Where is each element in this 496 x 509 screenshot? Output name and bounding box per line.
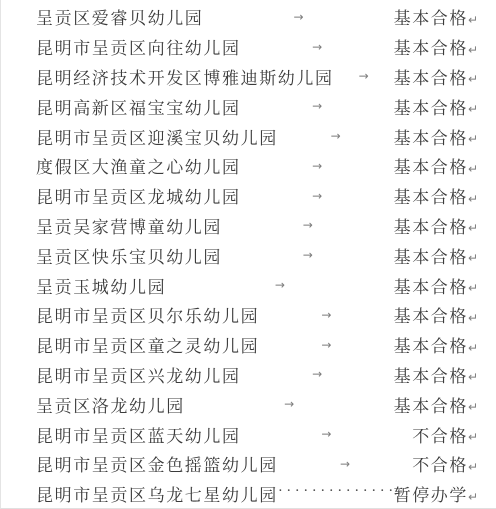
evaluation-result: 基本合格 [394, 183, 468, 208]
tab-arrow-icon: → [303, 248, 313, 262]
evaluation-result: 不合格 [412, 422, 468, 447]
kindergarten-name: 昆明市呈贡区兴龙幼儿园 [36, 362, 241, 387]
dot-leader: ················· [278, 484, 394, 499]
paragraph-mark-icon: ↵ [468, 251, 482, 265]
tab-arrow-icon: → [321, 427, 331, 441]
table-row: 昆明市呈贡区迎溪宝贝幼儿园 → 基本合格 ↵ [36, 121, 482, 151]
document-page: 呈贡区爱睿贝幼儿园 → 基本合格 ↵ 昆明市呈贡区向往幼儿园 → 基本合格 ↵ … [0, 0, 496, 509]
table-row: 昆明市呈贡区蓝天幼儿园 → 不合格 ↵ [36, 419, 482, 449]
paragraph-mark-icon: ↵ [468, 311, 482, 325]
table-row: 昆明市呈贡区兴龙幼儿园 → 基本合格 ↵ [36, 360, 482, 390]
table-row: 呈贡区快乐宝贝幼儿园 → 基本合格 ↵ [36, 240, 482, 270]
tab-arrow-icon: → [312, 367, 322, 381]
table-row: 呈贡区洛龙幼儿园 → 基本合格 ↵ [36, 389, 482, 419]
tab-gap: → [185, 395, 394, 413]
tab-arrow-icon: → [312, 189, 322, 203]
kindergarten-name: 昆明市呈贡区乌龙七星幼儿园 [36, 481, 278, 506]
table-row: 昆明经济技术开发区博雅迪斯幼儿园 → 基本合格 ↵ [36, 62, 482, 92]
tab-gap: → [241, 97, 394, 115]
evaluation-result: 基本合格 [394, 362, 468, 387]
kindergarten-name: 昆明市呈贡区蓝天幼儿园 [36, 422, 241, 447]
tab-arrow-icon: → [359, 69, 369, 83]
paragraph-mark-icon: ↵ [468, 341, 482, 355]
paragraph-mark-icon: ↵ [468, 460, 482, 474]
evaluation-result: 基本合格 [394, 4, 468, 29]
tab-gap: → [166, 276, 393, 294]
tab-gap: → [241, 365, 394, 383]
evaluation-result: 基本合格 [394, 153, 468, 178]
kindergarten-name: 度假区大渔童之心幼儿园 [36, 153, 241, 178]
kindergarten-result-list: 呈贡区爱睿贝幼儿园 → 基本合格 ↵ 昆明市呈贡区向往幼儿园 → 基本合格 ↵ … [36, 2, 482, 509]
table-row: 昆明市呈贡区金色摇篮幼儿园 → 不合格 ↵ [36, 449, 482, 479]
tab-gap: → [241, 38, 394, 56]
tab-arrow-icon: → [331, 129, 341, 143]
paragraph-mark-icon: ↵ [468, 72, 482, 86]
table-row: 度假区大渔童之心幼儿园 → 基本合格 ↵ [36, 151, 482, 181]
tab-gap: → [278, 455, 412, 473]
tab-gap: → [241, 425, 413, 443]
kindergarten-name: 昆明市呈贡区龙城幼儿园 [36, 183, 241, 208]
table-row: 昆明高新区福宝宝幼儿园 → 基本合格 ↵ [36, 91, 482, 121]
table-row: 昆明市呈贡区乌龙七星幼儿园 ················· 暂停办学 ↵ [36, 479, 482, 509]
tab-gap: → [259, 336, 393, 354]
evaluation-result: 暂停办学 [394, 481, 468, 506]
table-row: 昆明市呈贡区贝尔乐幼儿园 → 基本合格 ↵ [36, 300, 482, 330]
evaluation-result: 不合格 [412, 451, 468, 476]
table-row: 呈贡玉城幼儿园 → 基本合格 ↵ [36, 270, 482, 300]
evaluation-result: 基本合格 [394, 213, 468, 238]
tab-gap: → [222, 246, 394, 264]
tab-gap: → [334, 67, 394, 85]
tab-arrow-icon: → [312, 159, 322, 173]
tab-arrow-icon: → [293, 10, 303, 24]
table-row: 呈贡区爱睿贝幼儿园 → 基本合格 ↵ [36, 2, 482, 32]
paragraph-mark-icon: ↵ [468, 13, 482, 27]
tab-arrow-icon: → [340, 457, 350, 471]
evaluation-result: 基本合格 [394, 124, 468, 149]
tab-arrow-icon: → [321, 308, 331, 322]
table-row: 昆明市呈贡区向往幼儿园 → 基本合格 ↵ [36, 32, 482, 62]
tab-arrow-icon: → [303, 218, 313, 232]
paragraph-mark-icon: ↵ [468, 281, 482, 295]
table-row: 昆明市呈贡区童之灵幼儿园 → 基本合格 ↵ [36, 330, 482, 360]
kindergarten-name: 昆明市呈贡区迎溪宝贝幼儿园 [36, 124, 278, 149]
kindergarten-name: 呈贡玉城幼儿园 [36, 273, 166, 298]
evaluation-result: 基本合格 [394, 243, 468, 268]
kindergarten-name: 昆明市呈贡区童之灵幼儿园 [36, 332, 259, 357]
tab-gap: → [259, 306, 393, 324]
evaluation-result: 基本合格 [394, 94, 468, 119]
tab-gap: → [241, 157, 394, 175]
tab-arrow-icon: → [312, 99, 322, 113]
evaluation-result: 基本合格 [394, 332, 468, 357]
table-row: 昆明市呈贡区龙城幼儿园 → 基本合格 ↵ [36, 181, 482, 211]
paragraph-mark-icon: ↵ [468, 430, 482, 444]
paragraph-mark-icon: ↵ [468, 490, 482, 504]
tab-gap: → [278, 127, 394, 145]
paragraph-mark-icon: ↵ [468, 192, 482, 206]
kindergarten-name: 昆明经济技术开发区博雅迪斯幼儿园 [36, 64, 334, 89]
paragraph-mark-icon: ↵ [468, 43, 482, 57]
evaluation-result: 基本合格 [394, 392, 468, 417]
tab-gap: → [203, 8, 393, 26]
paragraph-mark-icon: ↵ [468, 400, 482, 414]
paragraph-mark-icon: ↵ [468, 370, 482, 384]
paragraph-mark-icon: ↵ [468, 132, 482, 146]
tab-arrow-icon: → [312, 40, 322, 54]
table-row: 呈贡吴家营博童幼儿园 → 基本合格 ↵ [36, 211, 482, 241]
kindergarten-name: 昆明市呈贡区向往幼儿园 [36, 34, 241, 59]
kindergarten-name: 昆明市呈贡区金色摇篮幼儿园 [36, 451, 278, 476]
evaluation-result: 基本合格 [394, 273, 468, 298]
paragraph-mark-icon: ↵ [468, 221, 482, 235]
kindergarten-name: 呈贡吴家营博童幼儿园 [36, 213, 222, 238]
tab-arrow-icon: → [284, 397, 294, 411]
evaluation-result: 基本合格 [394, 64, 468, 89]
tab-gap: → [222, 216, 394, 234]
evaluation-result: 基本合格 [394, 34, 468, 59]
evaluation-result: 基本合格 [394, 302, 468, 327]
kindergarten-name: 昆明市呈贡区贝尔乐幼儿园 [36, 302, 259, 327]
tab-gap: → [241, 187, 394, 205]
kindergarten-name: 呈贡区快乐宝贝幼儿园 [36, 243, 222, 268]
kindergarten-name: 昆明高新区福宝宝幼儿园 [36, 94, 241, 119]
kindergarten-name: 呈贡区爱睿贝幼儿园 [36, 4, 203, 29]
kindergarten-name: 呈贡区洛龙幼儿园 [36, 392, 185, 417]
paragraph-mark-icon: ↵ [468, 102, 482, 116]
tab-arrow-icon: → [275, 278, 285, 292]
paragraph-mark-icon: ↵ [468, 162, 482, 176]
tab-arrow-icon: → [321, 338, 331, 352]
